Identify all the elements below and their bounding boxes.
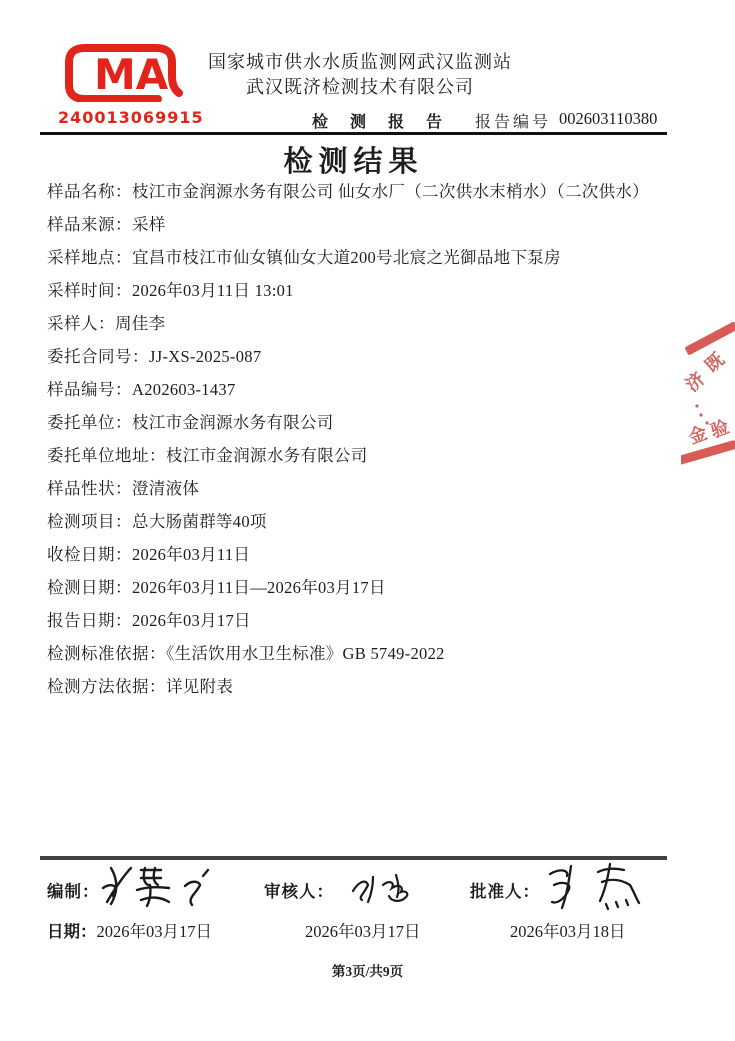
- field-label: 委托单位地址：: [47, 446, 166, 465]
- field-value: 2026年03月17日: [132, 611, 251, 630]
- field-label: 采样时间：: [47, 281, 132, 300]
- field-value: 枝江市金润源水务有限公司 仙女水厂（二次供水末梢水）（二次供水）: [132, 182, 649, 201]
- field-sample-name: 样品名称：枝江市金润源水务有限公司 仙女水厂（二次供水末梢水）（二次供水）: [47, 179, 675, 205]
- report-number-label: 报告编号: [475, 109, 551, 132]
- prepared-date: 日期：2026年03月17日: [47, 918, 212, 942]
- org-line-2: 武汉既济检测技术有限公司: [170, 75, 550, 100]
- field-receive-date: 收检日期：2026年03月11日: [47, 542, 675, 568]
- field-value: 澄清液体: [132, 479, 199, 498]
- field-report-date: 报告日期：2026年03月17日: [47, 608, 675, 634]
- field-value: 《生活饮用水卫生标准》GB 5749-2022: [166, 644, 445, 663]
- field-label: 样品编号：: [47, 380, 132, 399]
- field-sampler: 采样人：周佳李: [47, 311, 675, 337]
- field-label: 样品性状：: [47, 479, 132, 498]
- field-standard-basis: 检测标准依据：《生活饮用水卫生标准》GB 5749-2022: [47, 641, 675, 667]
- field-value: 2026年03月11日: [132, 545, 250, 564]
- report-type-label: 检 测 报 告: [312, 109, 448, 132]
- org-line-1: 国家城市供水水质监测网武汉监测站: [170, 50, 550, 75]
- field-label: 采样人：: [47, 314, 115, 333]
- prepared-signature: [95, 858, 215, 916]
- field-label: 检测方法依据：: [47, 677, 166, 696]
- reviewed-date: 2026年03月17日: [305, 918, 421, 942]
- field-value: 总大肠菌群等40项: [132, 512, 267, 531]
- field-value: 枝江市金润源水务有限公司: [132, 413, 334, 432]
- field-value: 采样: [132, 215, 166, 234]
- field-label: 委托合同号：: [47, 347, 149, 366]
- field-label: 采样地点：: [47, 248, 132, 267]
- seal-icon: 既 济 金 验: [681, 320, 735, 472]
- approved-by-label: 批准人：: [470, 878, 540, 902]
- field-value: 2026年03月11日—2026年03月17日: [132, 578, 386, 597]
- field-label: 委托单位：: [47, 413, 132, 432]
- field-sample-character: 样品性状：澄清液体: [47, 476, 675, 502]
- field-value: A202603-1437: [132, 380, 236, 399]
- field-label: 检测日期：: [47, 578, 132, 597]
- page-number: 第3页/共9页: [0, 960, 735, 980]
- page-title: 检测结果: [40, 139, 667, 180]
- approved-signature: [540, 858, 644, 914]
- organization-names: 国家城市供水水质监测网武汉监测站 武汉既济检测技术有限公司: [170, 50, 550, 100]
- report-fields: 样品名称：枝江市金润源水务有限公司 仙女水厂（二次供水末梢水）（二次供水） 样品…: [47, 179, 675, 707]
- seal-char-2: 济: [681, 368, 708, 396]
- field-sampling-time: 采样时间：2026年03月11日 13:01: [47, 278, 675, 304]
- report-number-value: 002603110380: [559, 109, 657, 129]
- field-contract-no: 委托合同号：JJ-XS-2025-087: [47, 344, 675, 370]
- field-sample-source: 样品来源：采样: [47, 212, 675, 238]
- field-sample-no: 样品编号：A202603-1437: [47, 377, 675, 403]
- reviewed-signature: [345, 869, 425, 909]
- cma-letters: MA: [94, 50, 169, 99]
- field-value: 周佳李: [115, 314, 165, 333]
- field-sampling-site: 采样地点：宜昌市枝江市仙女镇仙女大道200号北宸之光御品地下泵房: [47, 245, 675, 271]
- report-page: MA 240013069915 国家城市供水水质监测网武汉监测站 武汉既济检测技…: [0, 0, 735, 1041]
- seal-char-4: 验: [708, 416, 732, 442]
- field-label: 样品名称：: [47, 182, 132, 201]
- field-value: 详见附表: [166, 677, 233, 696]
- reviewed-by-label: 审核人：: [264, 878, 334, 902]
- report-header-row: 检 测 报 告 报告编号 002603110380: [40, 109, 667, 133]
- field-client: 委托单位：枝江市金润源水务有限公司: [47, 410, 675, 436]
- field-value: 枝江市金润源水务有限公司: [166, 446, 368, 465]
- field-label: 检测项目：: [47, 512, 132, 531]
- field-test-items: 检测项目：总大肠菌群等40项: [47, 509, 675, 535]
- approved-date: 2026年03月18日: [510, 918, 626, 942]
- cma-logo-icon: MA: [58, 42, 186, 102]
- red-seal-partial: 既 济 金 验: [681, 320, 735, 472]
- field-label: 检测标准依据：: [47, 644, 166, 663]
- field-method-basis: 检测方法依据：详见附表: [47, 674, 675, 700]
- field-label: 样品来源：: [47, 215, 132, 234]
- field-test-date: 检测日期：2026年03月11日—2026年03月17日: [47, 575, 675, 601]
- prepared-by-label: 编制：: [47, 878, 100, 902]
- field-value: 2026年03月11日 13:01: [132, 281, 294, 300]
- date-value: 2026年03月17日: [97, 922, 213, 941]
- field-value: 宜昌市枝江市仙女镇仙女大道200号北宸之光御品地下泵房: [132, 248, 561, 267]
- field-label: 收检日期：: [47, 545, 132, 564]
- date-label: 日期：: [47, 922, 97, 941]
- field-value: JJ-XS-2025-087: [149, 347, 261, 366]
- field-label: 报告日期：: [47, 611, 132, 630]
- seal-char-3: 金: [686, 422, 710, 448]
- seal-char-1: 既: [701, 348, 728, 376]
- field-client-address: 委托单位地址：枝江市金润源水务有限公司: [47, 443, 675, 469]
- header-divider: [40, 132, 667, 135]
